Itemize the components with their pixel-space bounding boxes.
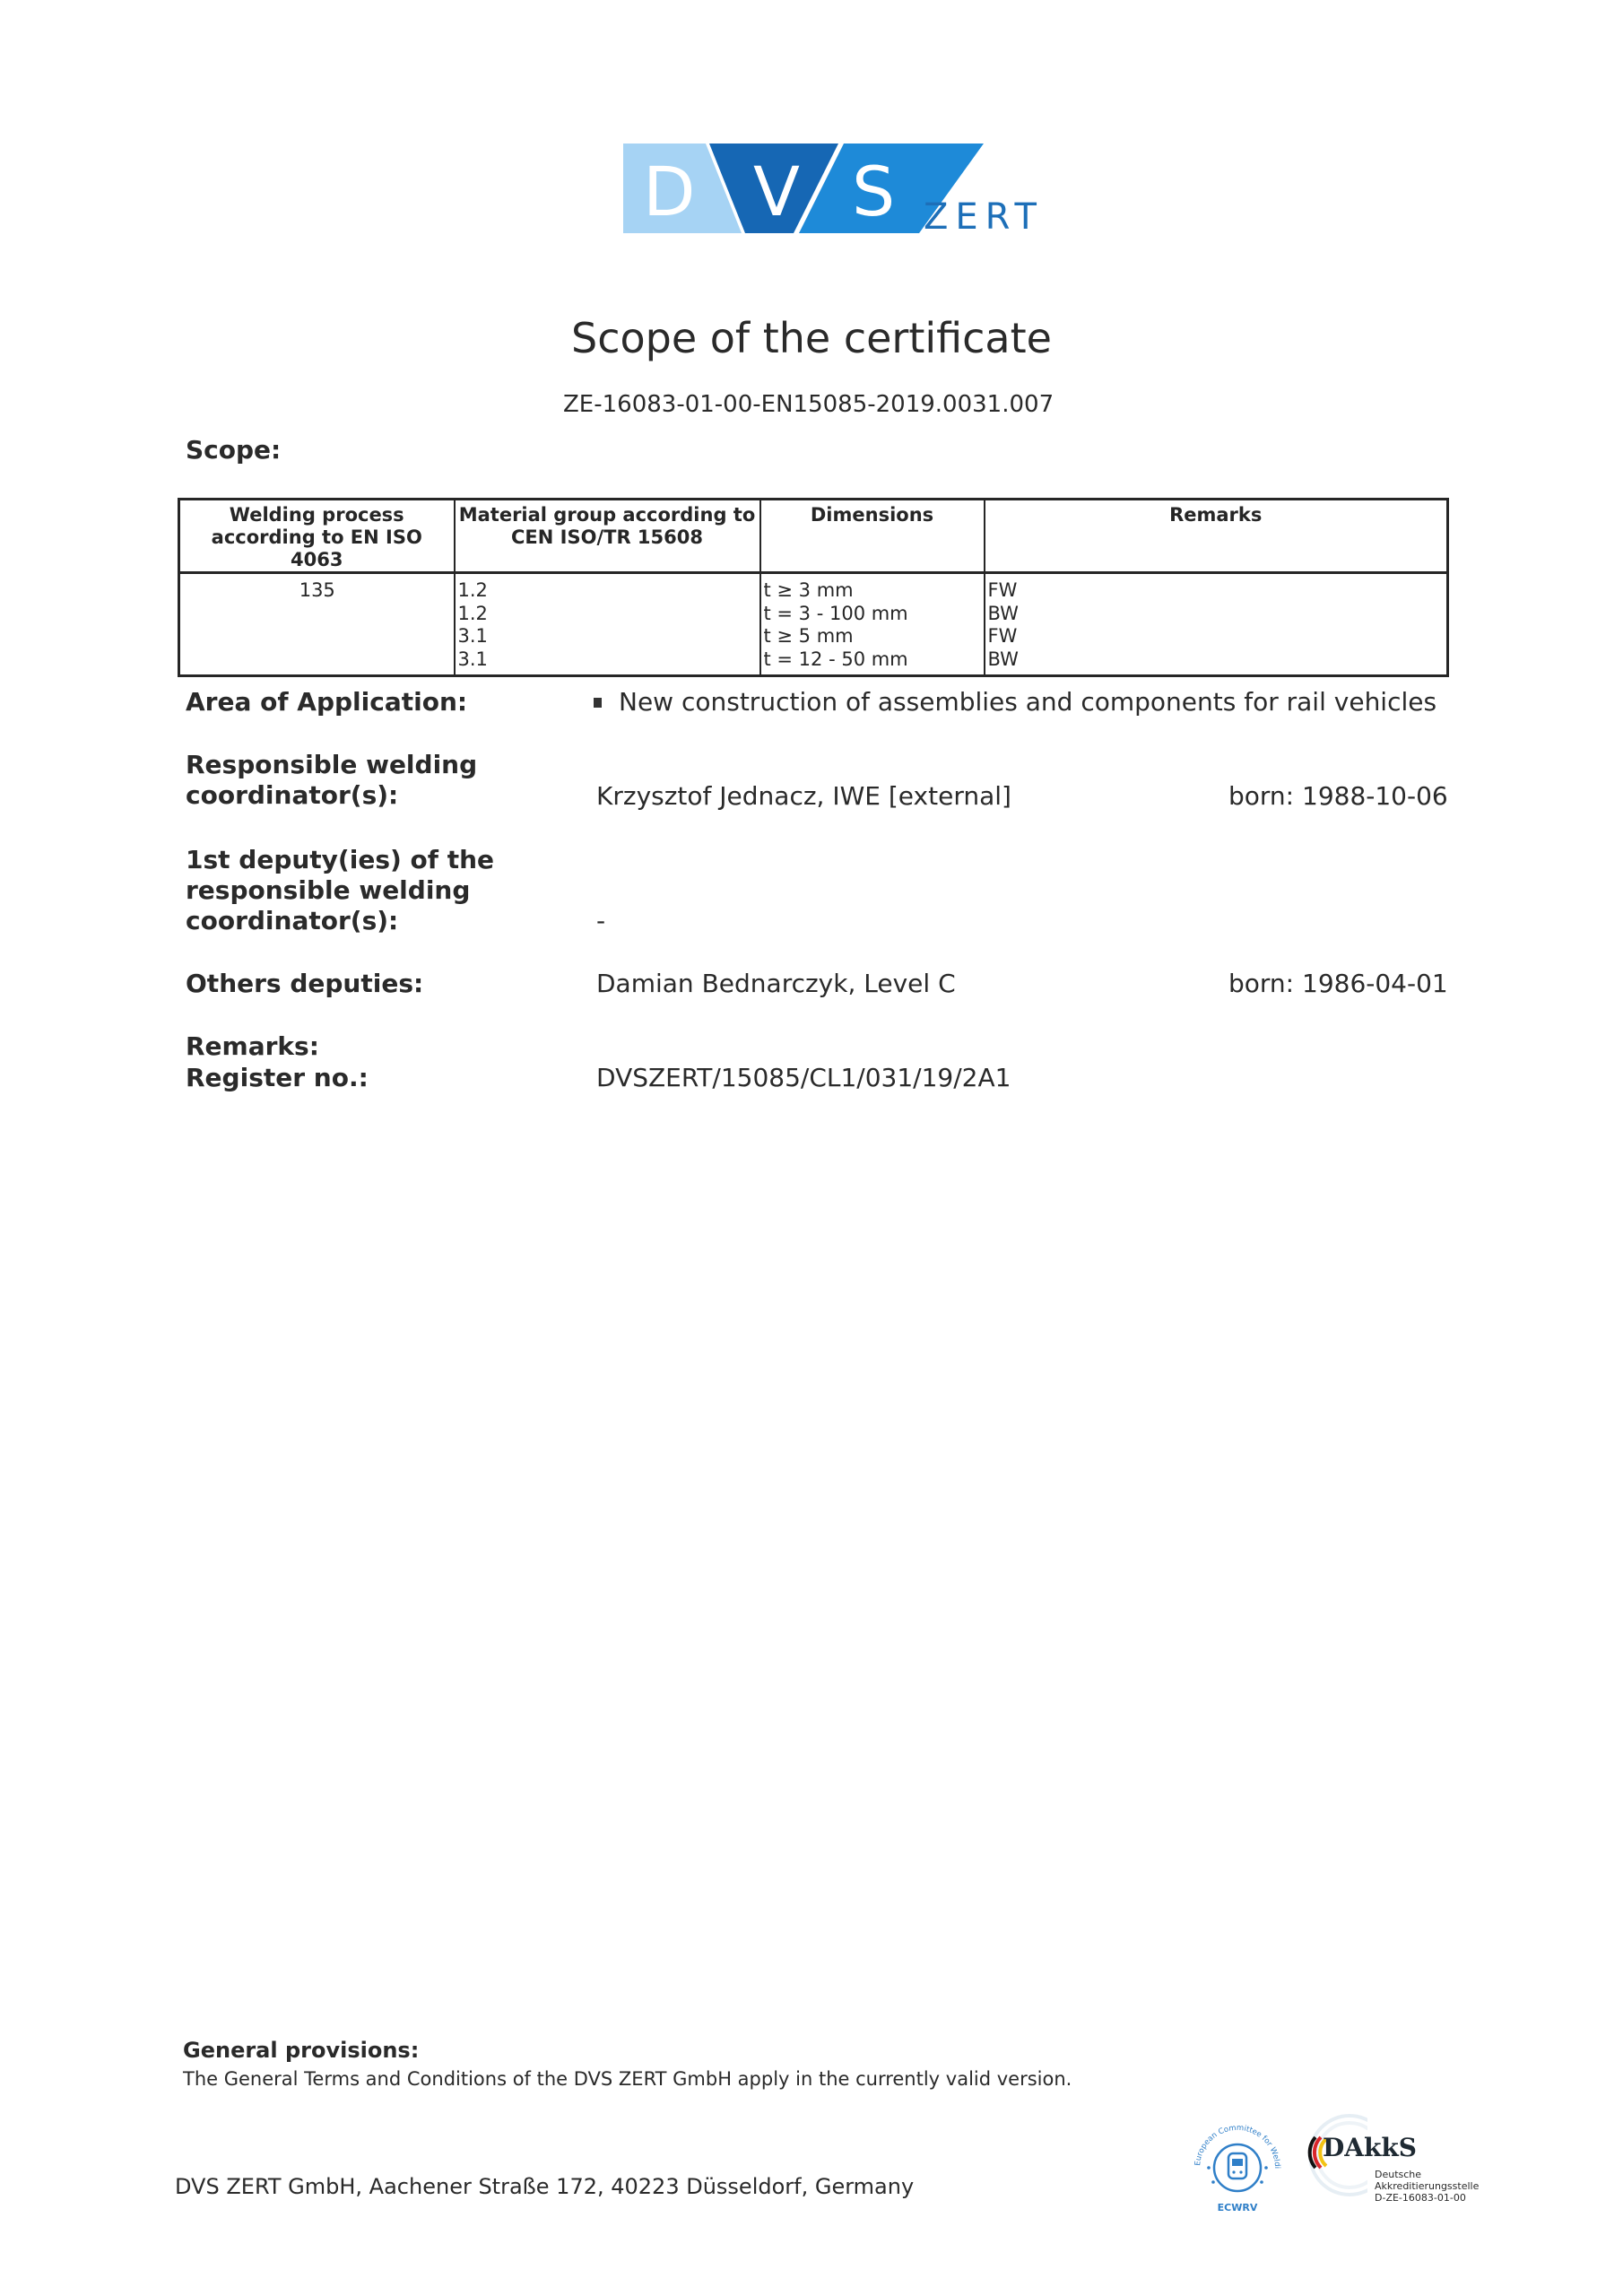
register-no-label: Register no.: [186,1063,369,1093]
area-of-application-value: New construction of assemblies and compo… [619,687,1436,717]
cell-remarks: FW BW FW BW [985,573,1448,676]
scope-table: Welding process according to EN ISO 4063… [178,498,1449,677]
header-remarks: Remarks [985,500,1448,573]
svg-text:ECWRV: ECWRV [1218,2202,1258,2213]
logo-zert-text: ZERT [924,199,1044,235]
remarks-label: Remarks: [186,1031,319,1062]
cell-material-groups: 1.2 1.2 3.1 3.1 [455,573,760,676]
dakks-accreditation-text: Deutsche Akkreditierungsstelle D-ZE-1608… [1375,2169,1479,2204]
others-deputies-name: Damian Bednarczyk, Level C [596,969,956,999]
responsible-coordinator-label: Responsible welding coordinator(s): [186,750,477,811]
table-row: 135 1.2 1.2 3.1 3.1 t ≥ 3 mm t = 3 - 100… [179,573,1448,676]
responsible-coordinator-name: Krzysztof Jednacz, IWE [external] [596,781,1011,812]
general-provisions-text: The General Terms and Conditions of the … [183,2068,1072,2090]
area-of-application-label: Area of Application: [186,687,467,717]
responsible-coordinator-born: born: 1988-10-06 [1228,781,1448,812]
certificate-number: ZE-16083-01-00-EN15085-2019.0031.007 [563,391,1054,418]
ecwrv-seal-icon: European Committee for Welding of Railwa… [1184,2112,1291,2215]
page-title: Scope of the certificate [0,314,1623,362]
cell-process: 135 [179,573,455,676]
header-material-group: Material group according to CEN ISO/TR 1… [455,500,760,573]
table-header-row: Welding process according to EN ISO 4063… [179,500,1448,573]
cell-dimensions: t ≥ 3 mm t = 3 - 100 mm t ≥ 5 mm t = 12 … [760,573,985,676]
bullet-icon [594,698,602,708]
scope-label: Scope: [186,435,281,465]
others-deputies-label: Others deputies: [186,969,423,999]
svg-text:V: V [753,152,800,231]
first-deputy-label: 1st deputy(ies) of the responsible weldi… [186,845,494,936]
header-dimensions: Dimensions [760,500,985,573]
dakks-logo-text: DAkkS [1323,2133,1417,2162]
others-deputies-born: born: 1986-04-01 [1228,969,1448,999]
header-welding-process: Welding process according to EN ISO 4063 [179,500,455,573]
general-provisions-label: General provisions: [183,2038,419,2063]
svg-text:S: S [852,152,895,231]
svg-text:D: D [643,152,696,231]
first-deputy-value: - [596,906,605,936]
register-no-value: DVSZERT/15085/CL1/031/19/2A1 [596,1063,1011,1093]
company-address: DVS ZERT GmbH, Aachener Straße 172, 4022… [175,2174,914,2199]
